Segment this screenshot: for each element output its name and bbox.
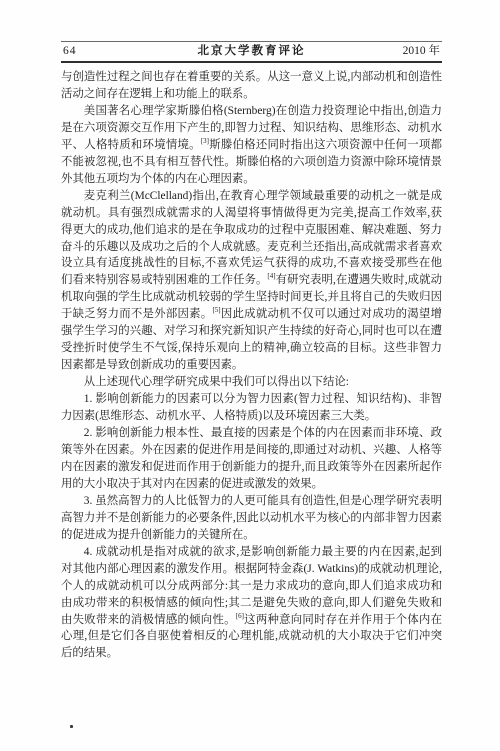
journal-page: 64 北京大学教育评论 2010 年 与创造性过程之间也存在着重要的关系。从这一… bbox=[0, 0, 500, 751]
footnote-ref: [4] bbox=[267, 273, 275, 281]
paragraph: 麦克利兰(McClelland)指出,在教育心理学领域最重要的动机之一就是成就动… bbox=[61, 188, 442, 374]
header-row: 64 北京大学教育评论 2010 年 bbox=[63, 44, 440, 58]
paragraph: 4. 成就动机是指对成就的欲求,是影响创新能力最主要的内在因素,起到对其他内部心… bbox=[61, 544, 442, 663]
scan-artifact-dot bbox=[70, 725, 73, 728]
page-number: 64 bbox=[63, 44, 103, 58]
article-body: 与创造性过程之间也存在着重要的关系。从这一意义上说,内部动机和创造性活动之间存在… bbox=[61, 69, 442, 662]
paragraph: 2. 影响创新能力根本性、最直接的因素是个体的内在因素而非环境、政策等外在因素。… bbox=[61, 425, 442, 493]
paragraph: 3. 虽然高智力的人比低智力的人更可能具有创造性,但是心理学研究表明高智力并不是… bbox=[61, 493, 442, 544]
paragraph: 从上述现代心理学研究成果中我们可以得出以下结论: bbox=[61, 374, 442, 391]
journal-title: 北京大学教育评论 bbox=[198, 44, 306, 58]
footnote-ref: [3] bbox=[201, 137, 209, 145]
footnote-ref: [5] bbox=[212, 307, 220, 315]
issue-year: 2010 年 bbox=[400, 44, 440, 58]
paragraph: 1. 影响创新能力的因素可以分为智力因素(智力过程、知识结构)、非智力因素(思维… bbox=[61, 391, 442, 425]
footnote-ref: [6] bbox=[236, 612, 244, 620]
page-header: 64 北京大学教育评论 2010 年 bbox=[61, 41, 442, 63]
paragraph: 与创造性过程之间也存在着重要的关系。从这一意义上说,内部动机和创造性活动之间存在… bbox=[61, 69, 442, 103]
paragraph: 美国著名心理学家斯滕伯格(Sternberg)在创造力投资理论中指出,创造力是在… bbox=[61, 103, 442, 188]
